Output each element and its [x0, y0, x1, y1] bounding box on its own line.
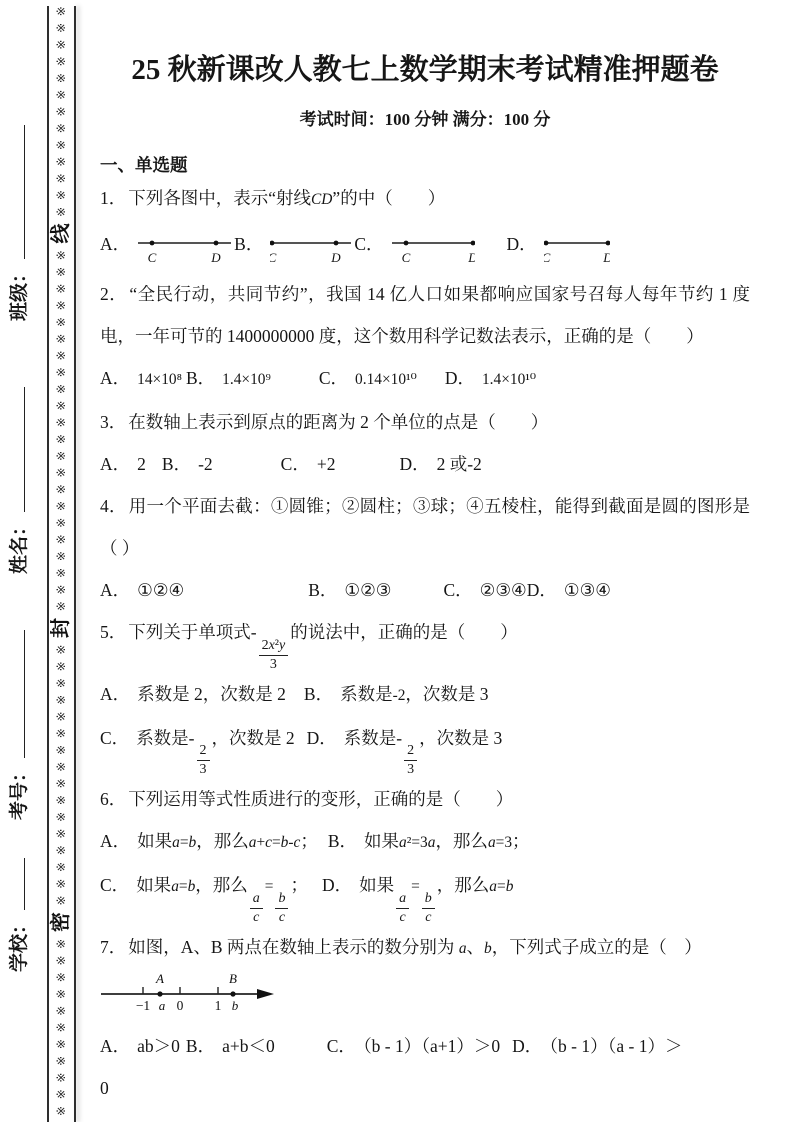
field-blank-line: [10, 630, 25, 758]
seal-marker: ※: [55, 711, 67, 721]
student-field: 考号：: [3, 630, 37, 820]
seal-marker: ※: [55, 140, 67, 150]
option-B: B．1.4×10⁹: [186, 357, 271, 401]
seal-marker: ※: [55, 106, 67, 116]
seal-marker: ※: [55, 73, 67, 83]
option-text: 系数是-23，次数是 2: [136, 717, 294, 779]
option-label: B．: [304, 673, 333, 715]
option-D: D．CD: [507, 231, 610, 269]
option-text: a+b＜0: [222, 1036, 275, 1056]
option-A: A．如果a=b，那么a+c=b-c；: [100, 820, 318, 864]
seal-marker: ※: [55, 334, 67, 344]
option-C: C．②③④: [443, 569, 526, 611]
fraction: bc: [422, 891, 435, 926]
seal-marker: ※: [55, 1022, 67, 1032]
option-A: A．CD: [100, 231, 232, 269]
option-A: A．ab＞0: [100, 1036, 180, 1056]
seal-marker: ※: [55, 518, 67, 528]
question-4: 4．用一个平面去截：①圆锥；②圆柱；③球；④五棱柱，能得到截面是圆的图形是（ ）…: [100, 485, 750, 611]
question-stem: 6．下列运用等式性质进行的变形，正确的是（ ）: [100, 778, 750, 820]
question-5: 5．下列关于单项式-2x²y3的说法中，正确的是（ ）A．系数是 2，次数是 2…: [100, 611, 750, 778]
option-D: D．系数是-23，次数是 3: [307, 717, 503, 779]
option-text: -2: [198, 443, 213, 485]
seal-marker: ※: [55, 434, 67, 444]
seal-marker: ※: [55, 585, 67, 595]
option-text: ab＞0: [137, 1036, 180, 1056]
field-label: 姓名：: [9, 517, 30, 574]
seal-marker: ※: [55, 267, 67, 277]
seal-marker: ※: [55, 501, 67, 511]
math-expression: a=b: [171, 878, 195, 895]
question-number: 7．: [100, 937, 126, 957]
option-label: D．: [507, 231, 537, 257]
option-text: 系数是-23，次数是 3: [344, 717, 502, 779]
math-expression: b: [484, 940, 492, 957]
option-label: C．: [319, 357, 348, 399]
option-text: 如果ac=bc，那么a=b: [359, 864, 513, 926]
seal-marker: ※: [55, 1089, 67, 1099]
option-text: ①②④: [137, 569, 184, 611]
option-B: B．系数是-2，次数是 3: [304, 673, 489, 717]
seal-marker: ※: [55, 645, 67, 655]
option-label: D．: [399, 443, 429, 485]
seal-marker: ※: [55, 745, 67, 755]
option-C: C．（b - 1）（a+1）＞0: [327, 1036, 500, 1056]
option-D: D．①③④: [527, 569, 611, 611]
title-part1: 25 秋新课改: [131, 54, 283, 86]
option-text: （b - 1）（a - 1）＞: [549, 1036, 682, 1056]
math-expression: a=b: [172, 834, 196, 851]
option-label: D．: [445, 357, 475, 399]
option-A: A．14×10⁸: [100, 357, 182, 401]
field-label: 班级：: [9, 264, 30, 321]
svg-text:D: D: [210, 250, 221, 265]
seal-marker: ※: [55, 895, 67, 905]
option-label: B．: [186, 357, 215, 399]
seal-line-column: ※※※※※※※※※※※密※※※※※※※※※※※※※※※※封※※※※※※※※※※※…: [48, 0, 74, 1122]
math-expression: a²=3a: [399, 834, 435, 851]
svg-text:D: D: [467, 250, 475, 265]
student-field: 学校：: [3, 858, 37, 972]
svg-text:B: B: [229, 971, 237, 986]
seal-marker: ※: [55, 862, 67, 872]
ray-diagram-wrap: CD: [391, 231, 475, 269]
seal-marker: ※: [55, 207, 67, 217]
option-label: D．: [527, 569, 557, 611]
question-stem: 5．下列关于单项式-2x²y3的说法中，正确的是（ ）: [100, 611, 750, 673]
svg-text:0: 0: [177, 998, 184, 1013]
seal-char: 线: [51, 223, 71, 243]
seal-marker: ※: [55, 173, 67, 183]
option-label: A．: [100, 231, 130, 257]
seal-marker: ※: [55, 384, 67, 394]
seal-marker: ※: [55, 317, 67, 327]
fraction: ac: [396, 891, 409, 926]
option-label: C．: [354, 231, 383, 257]
seal-marker: ※: [55, 300, 67, 310]
question-stem: 4．用一个平面去截：①圆锥；②圆柱；③球；④五棱柱，能得到截面是圆的图形是（ ）: [100, 485, 750, 569]
seal-marker: ※: [55, 778, 67, 788]
question-number: 5．: [100, 622, 126, 642]
ray-diagram-wrap: CD: [137, 231, 232, 269]
option-label: C．: [443, 569, 472, 611]
option-A: A．2: [100, 443, 146, 485]
title-part2: 人教七上数学期末考试精准押题卷: [284, 54, 719, 86]
question-number: 2．: [100, 284, 127, 304]
student-field: 班级：: [3, 125, 37, 321]
seal-marker: ※: [55, 417, 67, 427]
svg-text:D: D: [331, 250, 342, 265]
option-row: A．ab＞0B．a+b＜0C．（b - 1）（a+1）＞0D．（b - 1）（a…: [100, 1025, 750, 1067]
seal-marker: ※: [55, 728, 67, 738]
seal-marker: ※: [55, 190, 67, 200]
option-C: C．CD: [354, 231, 474, 269]
option-text: 如果a²=3a，那么a=3；: [364, 820, 530, 864]
option-A: A．①②④: [100, 569, 184, 611]
option-label: B．: [308, 569, 337, 611]
seal-marker: ※: [55, 989, 67, 999]
option-D: D．如果ac=bc，那么a=b: [322, 864, 513, 926]
field-blank-line: [10, 125, 25, 259]
math-expression: a=3: [488, 834, 512, 851]
math-expression: 0.14×10¹⁰: [355, 371, 417, 388]
seal-marker: ※: [55, 845, 67, 855]
exam-content: 25 秋新课改人教七上数学期末考试精准押题卷 考试时间：100 分钟 满分：10…: [100, 0, 750, 1109]
option-text: 如果a=b，那么ac=bc；: [136, 864, 308, 926]
seal-marker: ※: [55, 551, 67, 561]
option-label: C．: [327, 1036, 356, 1056]
seal-marker: ※: [55, 250, 67, 260]
seal-marker: ※: [55, 1056, 67, 1066]
option-C: C．如果a=b，那么ac=bc；: [100, 864, 308, 926]
option-text: 系数是 2，次数是 2: [137, 673, 286, 715]
seal-marker: ※: [55, 23, 67, 33]
seal-marker: ※: [55, 534, 67, 544]
option-label: A．: [100, 569, 130, 611]
option-text: ②③④: [480, 569, 527, 611]
student-info-column: 学校：考号：姓名：班级：: [3, 0, 37, 1122]
ray-diagram: CD: [391, 231, 475, 269]
svg-text:C: C: [270, 250, 277, 265]
option-D: D．（b - 1）（a - 1）＞: [512, 1036, 682, 1056]
seal-marker: ※: [55, 367, 67, 377]
seal-marker: ※: [55, 972, 67, 982]
option-label: D．: [322, 864, 352, 906]
fraction: 23: [197, 743, 210, 778]
seal-marker: ※: [55, 6, 67, 16]
seal-marker: ※: [55, 762, 67, 772]
option-text: 14×10⁸: [137, 357, 182, 401]
seal-marker: ※: [55, 40, 67, 50]
option-text: ①③④: [564, 569, 611, 611]
svg-text:1: 1: [215, 998, 222, 1013]
student-field: 姓名：: [3, 387, 37, 574]
option-D: D．1.4×10¹⁰: [445, 357, 536, 401]
exam-meta: 考试时间：100 分钟 满分：100 分: [100, 105, 750, 130]
seal-marker: ※: [55, 678, 67, 688]
question-number: 6．: [100, 789, 126, 809]
option-text: 2: [137, 443, 146, 485]
option-C: C．0.14×10¹⁰: [319, 357, 417, 401]
svg-text:D: D: [602, 250, 610, 265]
option-label: A．: [100, 673, 130, 715]
seal-marker: ※: [55, 1006, 67, 1016]
question-list: 1．下列各图中，表示“射线CD”的中（ ）A．CDB．CDC．CDD．CD2．“…: [100, 177, 750, 1109]
seal-marker: ※: [55, 1073, 67, 1083]
option-text: +2: [317, 443, 336, 485]
option-label: A．: [100, 357, 130, 399]
option-text: 如果a=b，那么a+c=b-c；: [137, 820, 318, 864]
exam-page: ※※※※※※※※※※※密※※※※※※※※※※※※※※※※封※※※※※※※※※※※…: [0, 0, 793, 1122]
seal-marker: ※: [55, 56, 67, 66]
seal-marker: ※: [55, 829, 67, 839]
seal-marker: ※: [55, 879, 67, 889]
seal-marker: ※: [55, 939, 67, 949]
math-expression: =: [265, 878, 274, 895]
fraction: 23: [404, 743, 417, 778]
option-text: 0.14×10¹⁰: [355, 357, 417, 401]
svg-text:C: C: [401, 250, 410, 265]
fraction: bc: [275, 891, 288, 926]
field-blank-line: [10, 858, 25, 910]
option-row: 0: [100, 1067, 750, 1109]
section-heading: 一、单选题: [100, 152, 750, 177]
seal-marker: ※: [55, 157, 67, 167]
page-title: 25 秋新课改人教七上数学期末考试精准押题卷: [100, 50, 750, 90]
option-B: B．如果a²=3a，那么a=3；: [328, 820, 530, 864]
option-label: C．: [100, 717, 129, 759]
option-B: B．-2: [162, 443, 213, 485]
svg-text:b: b: [232, 998, 239, 1013]
svg-text:C: C: [148, 250, 157, 265]
option-B: B．CD: [234, 231, 352, 269]
option-label: B．: [162, 443, 191, 485]
question-7: 7．如图，A、B 两点在数轴上表示的数分别为 a、b，下列式子成立的是（ ）−1…: [100, 926, 750, 1109]
option-C: C．系数是-23，次数是 2: [100, 717, 295, 779]
seal-char: 封: [51, 618, 71, 638]
seal-marker: ※: [55, 955, 67, 965]
svg-text:−1: −1: [136, 998, 150, 1013]
option-row: C．如果a=b，那么ac=bc；D．如果ac=bc，那么a=b: [100, 864, 750, 926]
option-label: B．: [186, 1036, 215, 1056]
seal-marker: ※: [55, 484, 67, 494]
option-label: B．: [328, 820, 357, 862]
math-expression: -2: [393, 687, 406, 704]
number-line-figure: −101AaBb: [100, 964, 285, 1020]
question-stem: 3．在数轴上表示到原点的距离为 2 个单位的点是（ ）: [100, 401, 750, 443]
option-text: 0: [100, 1067, 109, 1109]
question-stem: 1．下列各图中，表示“射线CD”的中（ ）: [100, 177, 750, 221]
seal-marker: ※: [55, 451, 67, 461]
seal-marker: ※: [55, 284, 67, 294]
option-label: B．: [234, 231, 263, 257]
option-label: D．: [512, 1036, 542, 1056]
math-expression: CD: [311, 191, 332, 208]
seal-char: 密: [51, 912, 71, 932]
option-text: 1.4×10⁹: [222, 357, 271, 401]
question-6: 6．下列运用等式性质进行的变形，正确的是（ ）A．如果a=b，那么a+c=b-c…: [100, 778, 750, 926]
field-blank-line: [10, 387, 25, 512]
option-row: A．如果a=b，那么a+c=b-c；B．如果a²=3a，那么a=3；: [100, 820, 750, 864]
seal-marker: ※: [55, 123, 67, 133]
math-expression: 1.4×10⁹: [222, 371, 271, 388]
svg-text:C: C: [544, 250, 551, 265]
option-label: D．: [307, 717, 337, 759]
math-expression: a+c=b-c: [249, 834, 301, 851]
ray-diagram: CD: [270, 231, 352, 269]
seal-marker: ※: [55, 812, 67, 822]
option-row: A．CDB．CDC．CDD．CD: [100, 231, 750, 269]
math-expression: a: [459, 940, 467, 957]
seal-border-line-right: [74, 6, 76, 1122]
svg-text:a: a: [159, 998, 166, 1013]
question-number: 4．: [100, 496, 127, 516]
option-label: A．: [100, 820, 130, 862]
question-2: 2．“全民行动，共同节约”，我国 14 亿人口如果都响应国家号召每人每年节约 1…: [100, 273, 750, 401]
math-expression: a=b: [489, 878, 513, 895]
option-text: （b - 1）（a+1）＞0: [363, 1036, 500, 1056]
math-expression: 1.4×10¹⁰: [482, 371, 536, 388]
field-label: 学校：: [9, 915, 30, 972]
seal-marker: ※: [55, 568, 67, 578]
ray-diagram: CD: [544, 231, 610, 269]
option-row: A．系数是 2，次数是 2B．系数是-2，次数是 3: [100, 673, 750, 717]
seal-marker: ※: [55, 401, 67, 411]
option-wrap-text: 0: [100, 1067, 109, 1109]
seal-marker: ※: [55, 467, 67, 477]
ray-diagram-wrap: CD: [270, 231, 352, 269]
question-3: 3．在数轴上表示到原点的距离为 2 个单位的点是（ ）A．2B．-2C．+2D．…: [100, 401, 750, 485]
option-text: ①②③: [344, 569, 391, 611]
option-text: 2 或-2: [437, 443, 482, 485]
seal-marker: ※: [55, 350, 67, 360]
option-row: A．14×10⁸B．1.4×10⁹C．0.14×10¹⁰D．1.4×10¹⁰: [100, 357, 750, 401]
seal-marker: ※: [55, 1039, 67, 1049]
question-number: 3．: [100, 412, 126, 432]
ray-diagram: CD: [137, 231, 232, 269]
option-D: D．2 或-2: [399, 443, 481, 485]
option-label: C．: [100, 864, 129, 906]
seal-marker: ※: [55, 795, 67, 805]
question-stem: 2．“全民行动，共同节约”，我国 14 亿人口如果都响应国家号召每人每年节约 1…: [100, 273, 750, 357]
question-1: 1．下列各图中，表示“射线CD”的中（ ）A．CDB．CDC．CDD．CD: [100, 177, 750, 269]
seal-marker: ※: [55, 601, 67, 611]
math-expression: 14×10⁸: [137, 371, 182, 388]
option-B: B．a+b＜0: [186, 1036, 275, 1056]
seal-marker: ※: [55, 1106, 67, 1116]
math-expression: =: [411, 878, 420, 895]
seal-marker: ※: [55, 695, 67, 705]
option-text: 1.4×10¹⁰: [482, 357, 536, 401]
option-label: C．: [281, 443, 310, 485]
option-row: A．2B．-2C．+2D．2 或-2: [100, 443, 750, 485]
fraction: ac: [250, 891, 263, 926]
ray-diagram-wrap: CD: [544, 231, 610, 269]
option-label: A．: [100, 443, 130, 485]
question-number: 1．: [100, 188, 126, 208]
option-label: A．: [100, 1036, 130, 1056]
question-figure: −101AaBb: [100, 964, 750, 1025]
svg-text:A: A: [155, 971, 164, 986]
option-text: 系数是-2，次数是 3: [340, 673, 488, 717]
seal-marker: ※: [55, 90, 67, 100]
option-row: C．系数是-23，次数是 2D．系数是-23，次数是 3: [100, 717, 750, 779]
option-A: A．系数是 2，次数是 2: [100, 673, 286, 715]
field-label: 考号：: [9, 763, 30, 820]
fraction: 2x²y3: [259, 638, 289, 673]
option-C: C．+2: [281, 443, 336, 485]
option-row: A．①②④B．①②③C．②③④D．①③④: [100, 569, 750, 611]
option-B: B．①②③: [308, 569, 391, 611]
seal-marker: ※: [55, 661, 67, 671]
